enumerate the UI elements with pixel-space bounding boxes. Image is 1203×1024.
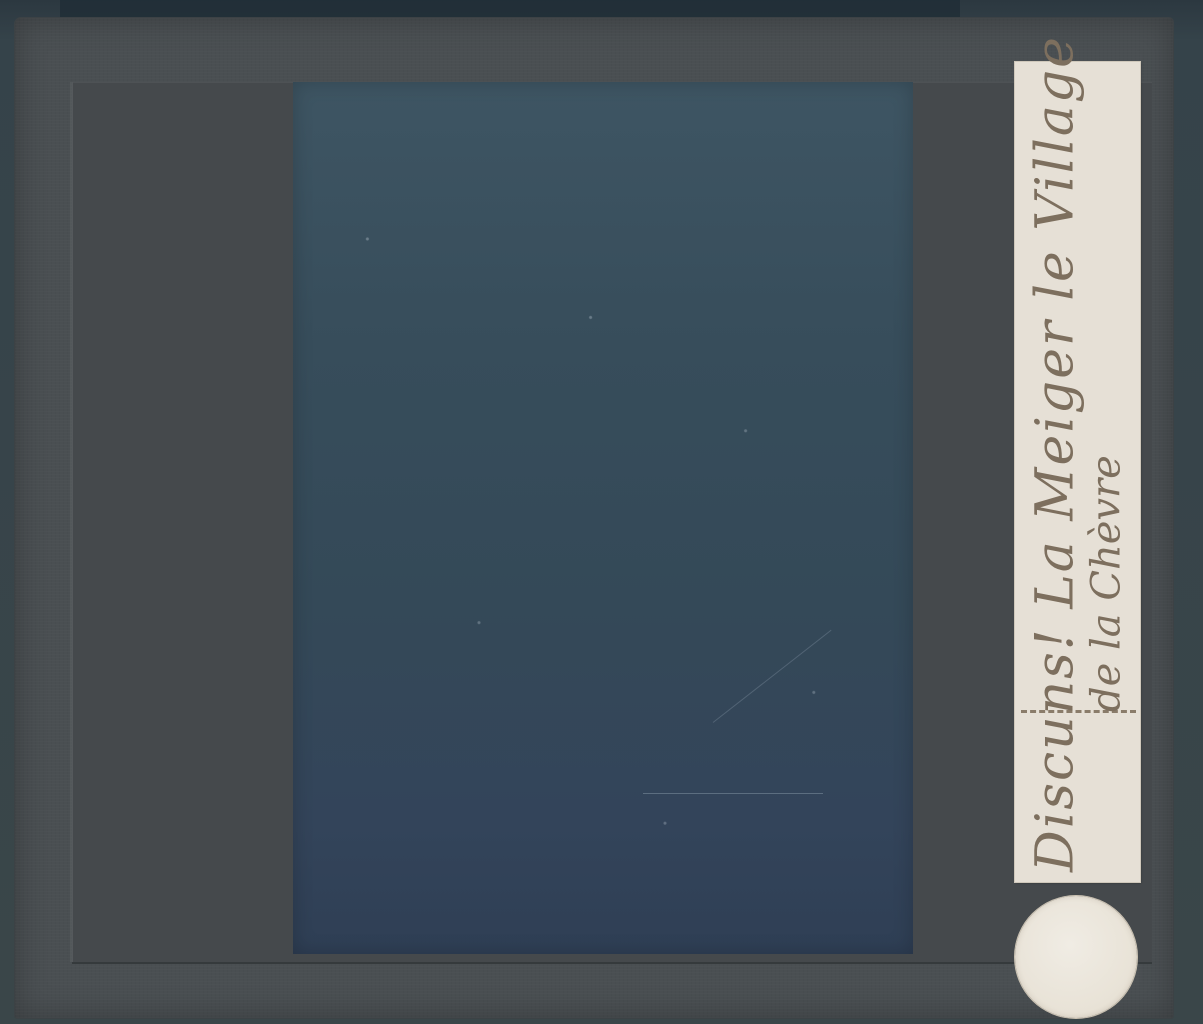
handwritten-label: Discuns! La Meiger le Village de la Chèv…	[1015, 62, 1140, 882]
label-line-2: de la Chèvre	[1084, 72, 1128, 872]
mat-edge-bottom	[72, 962, 1152, 964]
dust-specks	[293, 82, 913, 954]
label-text: Discuns! La Meiger le Village de la Chèv…	[1027, 72, 1128, 872]
label-line-1: Discuns! La Meiger le Village	[1027, 72, 1084, 872]
lantern-slide: Discuns! La Meiger le Village de la Chèv…	[15, 18, 1173, 1018]
image-window	[293, 82, 913, 954]
backdrop-shadow	[60, 0, 960, 18]
scratch-horizontal	[643, 793, 823, 794]
round-sticker	[1015, 896, 1137, 1018]
mat-edge-left	[70, 82, 73, 962]
